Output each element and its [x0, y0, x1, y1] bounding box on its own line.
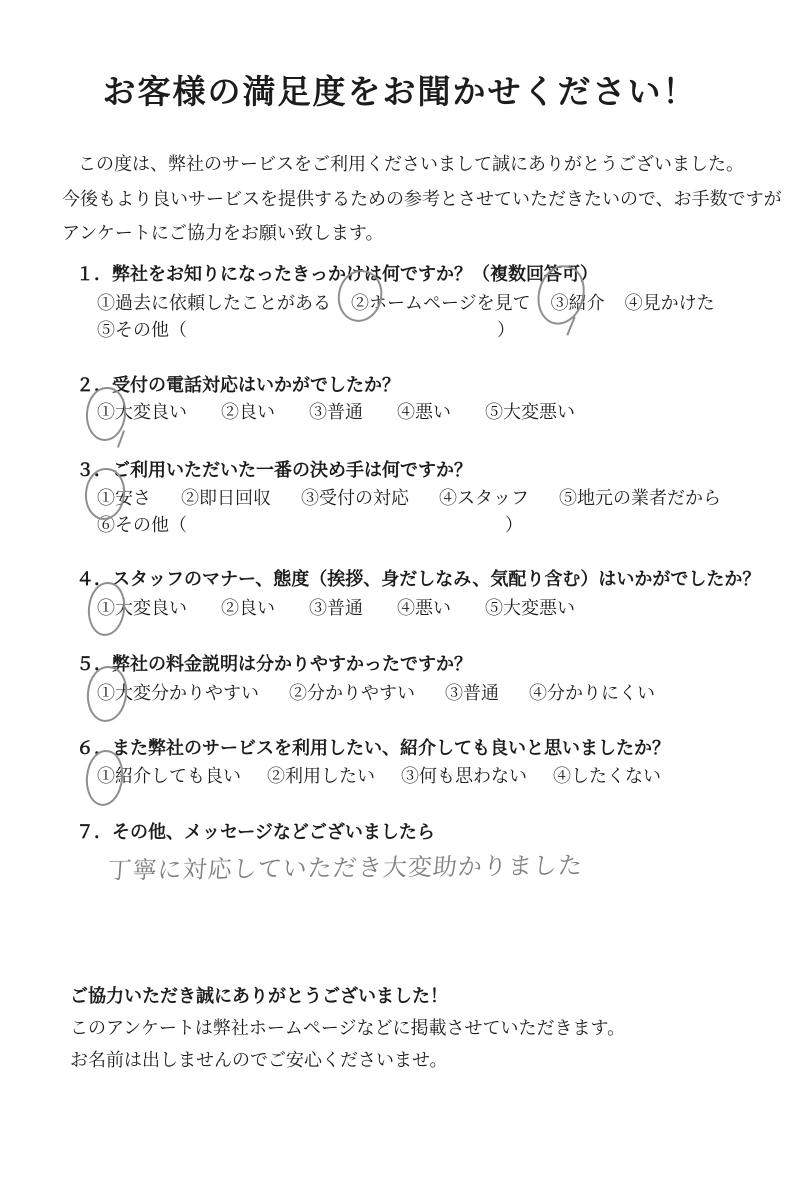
intro-line-3: アンケートにご協力をお願い致します。	[62, 221, 383, 245]
question-6-option-2: ②利用したい	[267, 764, 375, 788]
question-2-heading: ２．受付の電話対応はいかがでしたか？	[76, 373, 400, 397]
question-3-option-2: ②即日回収	[181, 486, 271, 510]
question-4-option-2: ②良い	[221, 596, 275, 620]
question-4-option-5: ⑤大変悪い	[485, 596, 575, 620]
question-2-option-4: ④悪い	[397, 400, 451, 424]
question-3-heading: ３．ご利用いただいた一番の決め手は何ですか？	[76, 458, 472, 482]
question-5-heading: ５．弊社の料金説明は分かりやすかったですか？	[76, 652, 472, 676]
intro-line-2: 今後もより良いサービスを提供するための参考とさせていただきたいので、お手数ですが	[62, 187, 782, 211]
page-title: お客様の満足度をお聞かせください！	[0, 66, 800, 113]
question-1-other-open: ⑤その他（	[97, 318, 187, 342]
question-2-options: ①大変良い ②良い ③普通 ④悪い ⑤大変悪い	[97, 400, 575, 424]
footer-anonymous-note: お名前は出しませんのでご安心くださいませ。	[70, 1048, 447, 1072]
question-1-option-4: ④見かけた	[625, 291, 715, 315]
question-3-option-3: ③受付の対応	[301, 486, 409, 510]
question-5-option-2: ②分かりやすい	[289, 681, 415, 705]
question-1-other-close: ）	[497, 318, 515, 342]
question-4-option-3: ③普通	[309, 596, 363, 620]
question-6-option-3: ③何も思わない	[401, 764, 527, 788]
question-7-heading: ７．その他、メッセージなどございましたら	[76, 820, 435, 844]
question-1-options: ①過去に依頼したことがある ②ホームページを見て ③紹介 ④見かけた	[97, 291, 715, 315]
question-3-other-blank	[187, 513, 505, 537]
question-6-option-4: ④したくない	[553, 764, 661, 788]
intro-line-1: この度は、弊社のサービスをご利用くださいまして誠にありがとうございました。	[78, 152, 744, 176]
question-2-option-3: ③普通	[309, 400, 363, 424]
question-4-heading: ４．スタッフのマナー、態度（挨拶、身だしなみ、気配り含む）はいかがでしたか？	[76, 567, 760, 591]
scanned-survey-page: お客様の満足度をお聞かせください！ この度は、弊社のサービスをご利用くださいまし…	[0, 0, 800, 1200]
question-1-heading: １．弊社をお知りになったきっかけは何ですか？（複数回答可）	[76, 262, 598, 286]
question-1-option-1: ①過去に依頼したことがある	[97, 291, 331, 315]
question-2-option-2: ②良い	[221, 400, 275, 424]
question-4-options: ①大変良い ②良い ③普通 ④悪い ⑤大変悪い	[97, 596, 575, 620]
question-5-options: ①大変分かりやすい ②分かりやすい ③普通 ④分かりにくい	[97, 681, 655, 705]
question-3-option-5: ⑤地元の業者だから	[559, 486, 721, 510]
footer-thanks: ご協力いただき誠にありがとうございました！	[70, 984, 448, 1008]
question-3-option-4: ④スタッフ	[439, 486, 529, 510]
question-2-option-5: ⑤大変悪い	[485, 400, 575, 424]
question-3-options: ①安さ ②即日回収 ③受付の対応 ④スタッフ ⑤地元の業者だから	[97, 486, 721, 510]
question-5-option-4: ④分かりにくい	[529, 681, 655, 705]
question-3-other-close: ）	[505, 513, 523, 537]
handwritten-message: 丁寧に対応していただき大変助かりました	[106, 846, 584, 886]
question-5-option-3: ③普通	[445, 681, 499, 705]
question-1-other-row: ⑤その他（ ）	[97, 318, 515, 342]
question-6-options: ①紹介しても良い ②利用したい ③何も思わない ④したくない	[97, 764, 661, 788]
question-1-other-blank	[187, 318, 497, 342]
question-4-option-4: ④悪い	[397, 596, 451, 620]
question-6-heading: ６．また弊社のサービスを利用したい、紹介しても良いと思いましたか？	[76, 736, 670, 760]
question-3-other-row: ⑥その他（ ）	[97, 513, 523, 537]
footer-publish-note: このアンケートは弊社ホームページなどに掲載させていただきます。	[70, 1016, 625, 1040]
